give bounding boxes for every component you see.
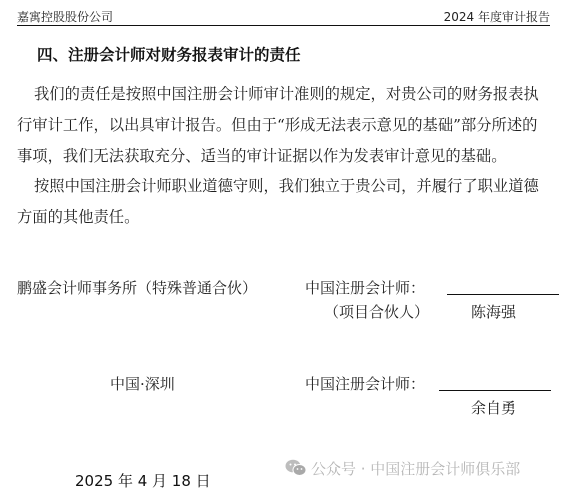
cpa1-label: 中国注册会计师：: [305, 277, 425, 298]
cpa1-role: （项目合伙人）: [324, 301, 429, 322]
paragraph-line: 事项，我们无法获取充分、适当的审计证据以作为发表审计意见的基础。: [17, 142, 507, 171]
watermark: 公众号 · 中国注册会计师俱乐部: [285, 458, 520, 481]
header-divider: [17, 25, 550, 26]
watermark-text: 公众号 · 中国注册会计师俱乐部: [311, 460, 520, 478]
cpa2-signature-line: [439, 390, 551, 391]
paragraph-line: 我们的责任是按照中国注册会计师审计准则的规定，对贵公司的财务报表执: [34, 80, 539, 109]
paragraph-line: 按照中国注册会计师职业道德守则，我们独立于贵公司，并履行了职业道德: [34, 172, 539, 201]
cpa1-signature-line: [447, 294, 559, 295]
wechat-icon: [285, 459, 307, 481]
paragraph-line: 方面的其他责任。: [17, 203, 139, 232]
header-report-title: 2024 年度审计报告: [444, 8, 550, 25]
header-company: 嘉寓控股股份公司: [17, 8, 113, 25]
cpa1-name: 陈海强: [471, 301, 516, 322]
firm-name: 鹏盛会计师事务所（特殊普通合伙）: [17, 277, 257, 298]
section-heading: 四、注册会计师对财务报表审计的责任: [37, 43, 301, 65]
cpa2-label: 中国注册会计师：: [305, 373, 425, 394]
location: 中国·深圳: [110, 373, 175, 394]
cpa2-name: 余自勇: [471, 397, 516, 418]
paragraph-line: 行审计工作，以出具审计报告。但由于“形成无法表示意见的基础”部分所述的: [17, 111, 537, 140]
report-date: 2025 年 4 月 18 日: [75, 470, 211, 491]
